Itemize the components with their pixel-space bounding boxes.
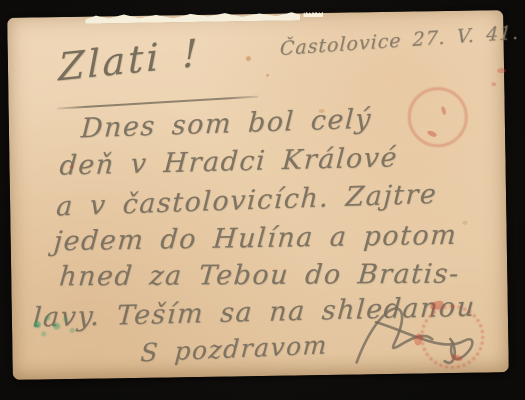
red-ink-speck (491, 82, 496, 86)
foxing-spot (462, 221, 467, 225)
green-stamp-trace (28, 307, 81, 346)
heading-salutation: Zlati ! (58, 31, 200, 90)
postcard: Zlati ! Častolovice 27. V. 41. Dnes som … (7, 10, 509, 380)
foxing-spot (266, 74, 269, 77)
handwriting-line: hned za Tebou do Bratis- (58, 259, 461, 293)
foxing-spot (246, 56, 251, 61)
handwriting-line: Dnes som bol celý (80, 104, 373, 145)
foxing-spot (70, 165, 74, 169)
foxing-spot (107, 272, 111, 276)
handwriting-line: deň v Hradci Králové (59, 142, 399, 181)
red-postmark-upper (407, 87, 468, 148)
handwriting-line: jedem do Hulína a potom (53, 220, 459, 257)
handwriting-line: a v častolovicích. Zajtre (55, 179, 438, 223)
place-date-line: Častolovice 27. V. 41. (279, 22, 519, 60)
closing-line: S pozdravom (140, 330, 329, 367)
